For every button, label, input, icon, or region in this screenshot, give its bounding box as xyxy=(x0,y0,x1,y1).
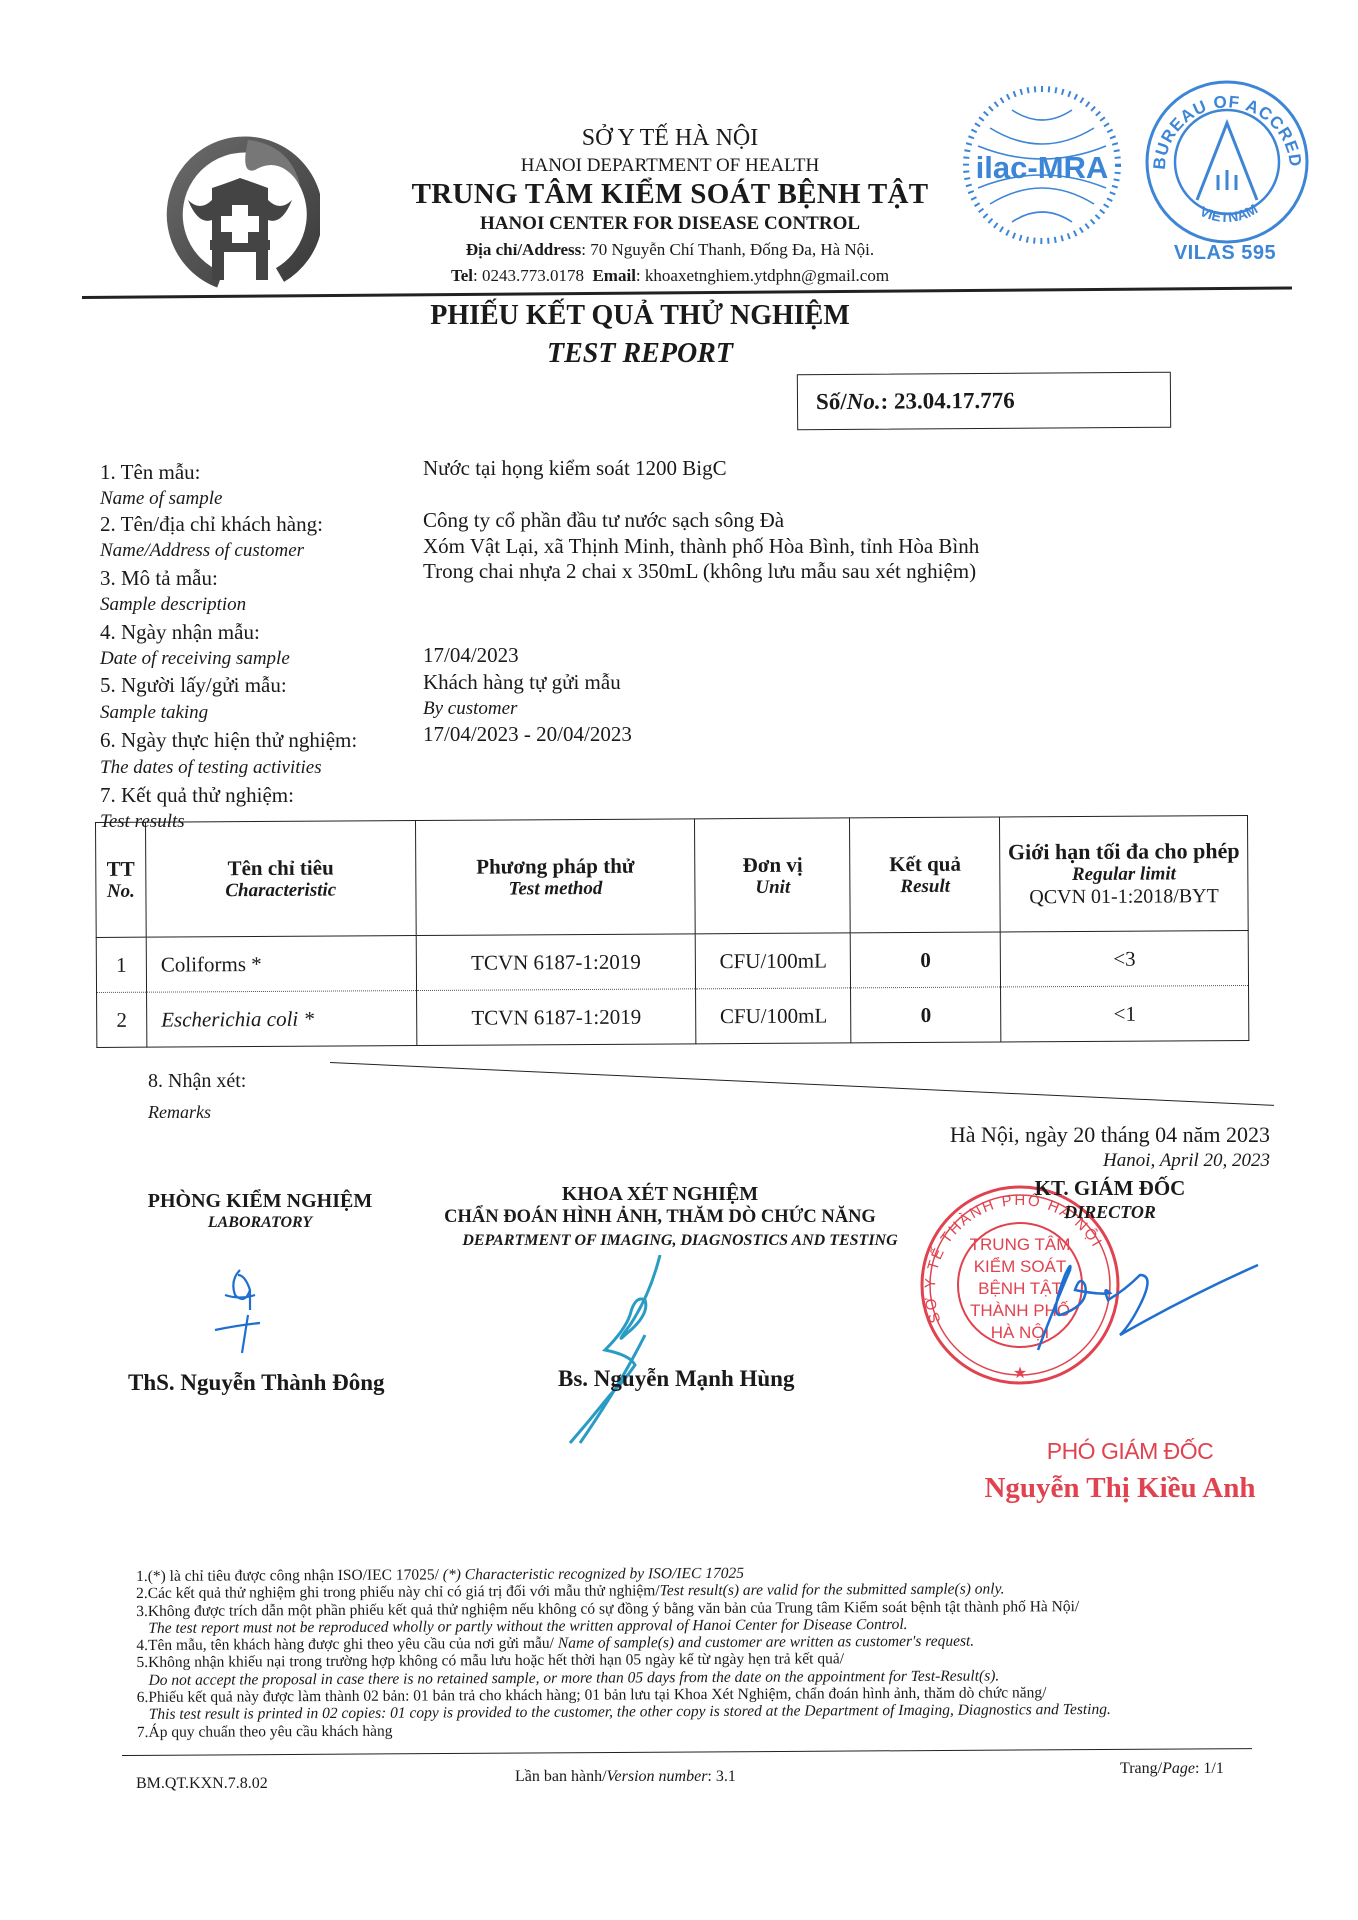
sample-name-value: Nước tại họng kiểm soát 1200 BigC xyxy=(423,456,727,481)
lab-signer-name: ThS. Nguyễn Thành Đông xyxy=(128,1370,385,1396)
cell-characteristic: Escherichia coli * xyxy=(147,991,417,1048)
cell-limit: <3 xyxy=(1000,930,1248,987)
dept-name-en: HANOI DEPARTMENT OF HEALTH xyxy=(380,155,960,177)
col-header-limit: Giới hạn tối đa cho phépRegular limitQCV… xyxy=(1000,815,1249,932)
svg-text:★: ★ xyxy=(1013,1365,1027,1382)
receiving-date-value: 17/04/2023 xyxy=(423,643,519,668)
lab-signature-icon xyxy=(210,1265,280,1355)
table-row: 1 Coliforms * TCVN 6187-1:2019 CFU/100mL… xyxy=(96,930,1248,992)
report-date-vn: Hà Nội, ngày 20 tháng 04 năm 2023 xyxy=(820,1122,1270,1148)
cdc-logo-icon xyxy=(160,130,320,290)
customer-address-value: Xóm Vật Lại, xã Thịnh Minh, thành phố Hò… xyxy=(423,534,979,559)
svg-text:BUREAU OF ACCREDITATION: BUREAU OF ACCREDITATION xyxy=(1140,75,1305,170)
dept-title-vn2: CHẨN ĐOÁN HÌNH ẢNH, THĂM DÒ CHỨC NĂNG xyxy=(420,1207,900,1228)
svg-text:VIETNAM: VIETNAM xyxy=(1197,201,1260,226)
strike-line xyxy=(330,1062,1274,1106)
director-title-vn: KT. GIÁM ĐỐC xyxy=(1010,1176,1210,1201)
email-label: Email xyxy=(592,266,635,285)
lab-title-en: LABORATORY xyxy=(120,1214,400,1232)
ilac-mra-logo-icon: ilac-MRA xyxy=(960,80,1125,250)
col-header-characteristic: Tên chỉ tiêuCharacteristic xyxy=(145,821,415,938)
address-line: Địa chỉ/Address: 70 Nguyễn Chí Thanh, Đố… xyxy=(380,240,960,260)
dept-signature-icon xyxy=(560,1255,700,1445)
field-2-label-en: Name/Address of customer xyxy=(100,540,304,562)
customer-name-value: Công ty cổ phần đầu tư nước sạch sông Đà xyxy=(423,508,784,533)
cell-method: TCVN 6187-1:2019 xyxy=(416,934,696,991)
center-name-en: HANOI CENTER FOR DISEASE CONTROL xyxy=(380,213,960,235)
table-row: 2 Escherichia coli * TCVN 6187-1:2019 CF… xyxy=(97,985,1249,1047)
testing-dates-value: 17/04/2023 - 20/04/2023 xyxy=(423,722,632,747)
sample-taking-value-en: By customer xyxy=(423,698,517,720)
cell-result: 0 xyxy=(851,932,1001,988)
address-value: : 70 Nguyễn Chí Thanh, Đống Đa, Hà Nội. xyxy=(581,240,874,259)
vice-director-title: PHÓ GIÁM ĐỐC xyxy=(1005,1438,1255,1465)
field-1-label-en: Name of sample xyxy=(100,488,222,510)
director-signature-icon xyxy=(1030,1245,1260,1355)
cell-no: 1 xyxy=(96,937,146,992)
field-4-label: 4. Ngày nhận mẫu: xyxy=(100,620,260,645)
cell-characteristic: Coliforms * xyxy=(146,936,416,993)
vice-director-name: Nguyễn Thị Kiều Anh xyxy=(960,1472,1280,1505)
tel-value: : 0243.773.0178 xyxy=(473,266,584,285)
col-header-unit: Đơn vịUnit xyxy=(695,818,851,934)
contact-line: Tel: 0243.773.0178 Email: khoaxetnghiem.… xyxy=(380,266,960,286)
cell-method: TCVN 6187-1:2019 xyxy=(416,989,696,1046)
center-name-vn: TRUNG TÂM KIỂM SOÁT BỆNH TẬT xyxy=(380,178,960,211)
cell-limit: <1 xyxy=(1001,985,1249,1042)
form-code: BM.QT.KXN.7.8.02 xyxy=(136,1775,268,1793)
tel-label: Tel xyxy=(451,266,473,285)
dept-signer-name: Bs. Nguyễn Mạnh Hùng xyxy=(558,1366,794,1392)
report-date-en: Hanoi, April 20, 2023 xyxy=(820,1150,1270,1172)
report-number-value: : 23.04.17.776 xyxy=(880,388,1014,414)
cell-unit: CFU/100mL xyxy=(696,988,851,1044)
col-header-no: TTNo. xyxy=(96,822,147,937)
sample-taking-value: Khách hàng tự gửi mẫu xyxy=(423,670,621,695)
page-number: Trang/Page: 1/1 xyxy=(1120,1760,1224,1778)
sample-description-value: Trong chai nhựa 2 chai x 350mL (không lư… xyxy=(423,559,976,584)
field-5-label-en: Sample taking xyxy=(100,702,208,724)
field-4-label-en: Date of receiving sample xyxy=(100,648,290,670)
dept-title-en: DEPARTMENT OF IMAGING, DIAGNOSTICS AND T… xyxy=(420,1232,940,1250)
report-title-vn: PHIẾU KẾT QUẢ THỬ NGHIỆM xyxy=(380,300,900,332)
report-number-box: Số/No.: 23.04.17.776 xyxy=(797,372,1171,431)
field-6-label-en: The dates of testing activities xyxy=(100,757,322,779)
cell-no: 2 xyxy=(97,992,147,1047)
report-number-label-vn: Số/ xyxy=(816,389,847,414)
dept-title-vn: KHOA XÉT NGHIỆM xyxy=(420,1183,900,1206)
col-header-method: Phương pháp thửTest method xyxy=(415,819,695,936)
field-1-label: 1. Tên mẫu: xyxy=(100,460,201,485)
field-3-label: 3. Mô tả mẫu: xyxy=(100,566,218,591)
field-2-label: 2. Tên/địa chỉ khách hàng: xyxy=(100,512,323,537)
test-results-table: TTNo. Tên chỉ tiêuCharacteristic Phương … xyxy=(95,815,1249,1048)
footnotes: 1.(*) là chỉ tiêu được công nhận ISO/IEC… xyxy=(136,1562,1277,1741)
lab-title-vn: PHÒNG KIỂM NGHIỆM xyxy=(120,1190,400,1213)
remarks-label: 8. Nhận xét: xyxy=(148,1070,246,1093)
svg-text:ilac-MRA: ilac-MRA xyxy=(976,150,1109,185)
dept-name-vn: SỞ Y TẾ HÀ NỘI xyxy=(380,125,960,152)
col-header-result: Kết quảResult xyxy=(850,817,1001,933)
remarks-label-en: Remarks xyxy=(148,1102,211,1123)
email-value[interactable]: : khoaxetnghiem.ytdphn@gmail.com xyxy=(636,266,889,285)
vilas-number: VILAS 595 xyxy=(1150,242,1300,265)
report-title-en: TEST REPORT xyxy=(380,338,900,370)
cell-result: 0 xyxy=(851,987,1001,1043)
bureau-accreditation-logo-icon: BUREAU OF ACCREDITATION VIETNAM xyxy=(1140,75,1310,245)
report-number-label-en: No. xyxy=(847,389,881,414)
footer-divider xyxy=(122,1748,1252,1756)
address-label: Địa chỉ/Address xyxy=(466,240,581,259)
field-3-label-en: Sample description xyxy=(100,594,246,616)
table-header-row: TTNo. Tên chỉ tiêuCharacteristic Phương … xyxy=(96,815,1249,937)
version-info: Lần ban hành/Version number: 3.1 xyxy=(515,1768,736,1786)
field-5-label: 5. Người lấy/gửi mẫu: xyxy=(100,673,287,698)
director-title-en: DIRECTOR xyxy=(1010,1202,1210,1223)
cell-unit: CFU/100mL xyxy=(696,933,851,989)
field-6-label: 6. Ngày thực hiện thử nghiệm: xyxy=(100,728,357,753)
field-7-label: 7. Kết quả thử nghiệm: xyxy=(100,783,294,808)
